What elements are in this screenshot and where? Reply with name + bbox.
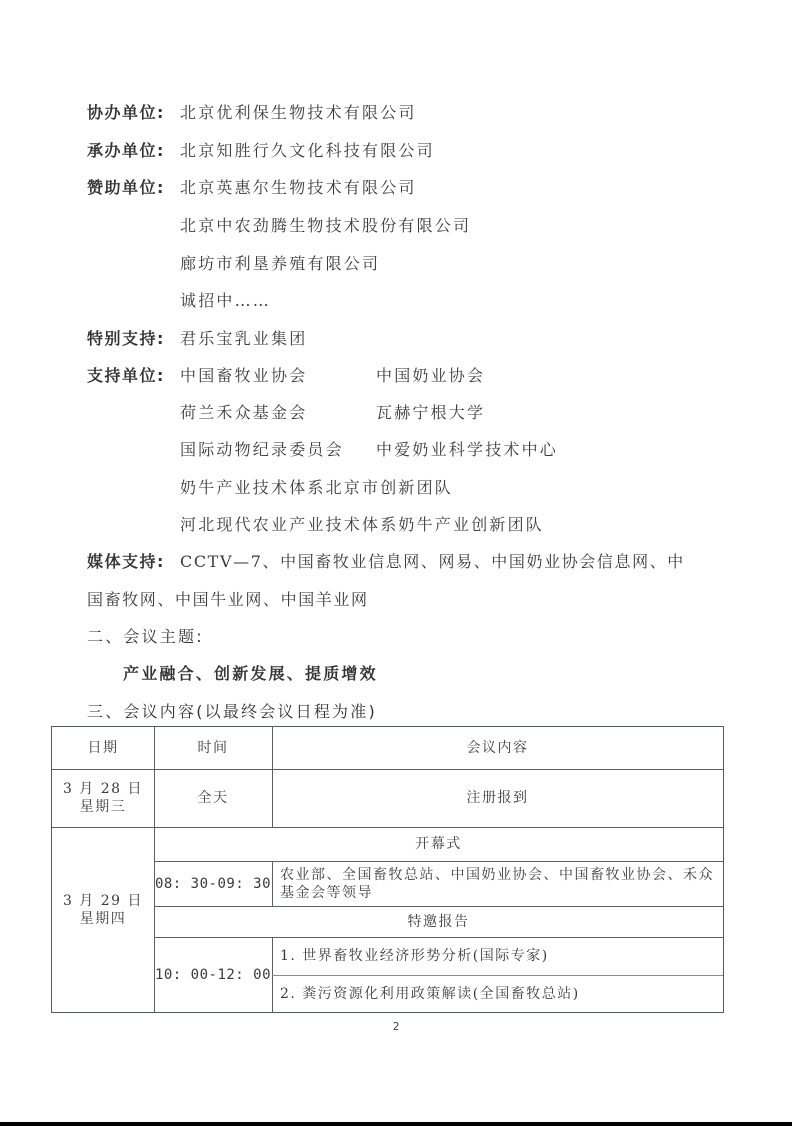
sponsor-item: 北京中农劲腾生物技术股份有限公司 [180,216,471,236]
conference-theme: 产业融合、创新发展、提质增效 [123,664,378,684]
opening-title: 开幕式 [154,827,723,861]
section-heading-content: 三、会议内容(以最终会议日程为准) [87,702,377,722]
keynote-item: 2. 粪污资源化利用政策解读(全国畜牧总站) [272,975,723,1012]
keynote-item: 1. 世界畜牧业经济形势分析(国际专家) [272,937,723,975]
special-support-label: 特别支持: [87,329,165,349]
page-number: 2 [0,1020,792,1033]
day1-content: 注册报到 [272,769,723,827]
sponsor-item: 廊坊市利垦养殖有限公司 [180,254,380,274]
supporter-item: 国际动物纪录委员会 [180,440,344,460]
day1-date-cell: 3 月 28 日 星期三 [52,769,154,827]
opening-content: 农业部、全国畜牧总站、中国奶业协会、中国畜牧业协会、禾众基金会等领导 [280,866,720,902]
sponsors-label: 赞助单位: [87,178,165,198]
opening-time: 08: 30-09: 30 [154,861,272,906]
supporter-item: 中爱奶业科学技术中心 [376,440,558,460]
keynote-title: 特邀报告 [154,906,723,937]
header-content: 会议内容 [272,727,723,769]
co-organizer-label: 协办单位: [87,103,165,123]
opening-content-cell: 农业部、全国畜牧总站、中国奶业协会、中国畜牧业协会、禾众基金会等领导 [272,861,723,906]
supporter-item: 奶牛产业技术体系北京市创新团队 [180,478,453,498]
special-support-value: 君乐宝乳业集团 [180,329,307,349]
media-support-label: 媒体支持: [87,552,165,572]
document-page: 协办单位: 北京优利保生物技术有限公司 承办单位: 北京知胜行久文化科技有限公司… [0,0,792,1122]
media-support-line2: 国畜牧网、中国牛业网、中国羊业网 [87,590,369,610]
scan-edge-bar [0,1122,792,1126]
media-support-line1: CCTV—7、中国畜牧业信息网、网易、中国奶业协会信息网、中 [180,552,685,572]
supporter-item: 荷兰禾众基金会 [180,403,307,423]
undertaker-label: 承办单位: [87,141,165,161]
undertaker-value: 北京知胜行久文化科技有限公司 [180,141,435,161]
header-date: 日期 [52,727,154,769]
supporter-item: 河北现代农业产业技术体系奶牛产业创新团队 [180,515,544,535]
supporter-item: 瓦赫宁根大学 [376,403,485,423]
co-organizer-value: 北京优利保生物技术有限公司 [180,103,417,123]
section-heading-theme: 二、会议主题: [87,627,204,647]
header-time: 时间 [154,727,272,769]
sponsor-item: 诚招中…… [180,291,271,311]
day2-weekday: 星期四 [80,910,127,928]
keynote-time: 10: 00-12: 00 [154,937,272,1012]
supporters-label: 支持单位: [87,366,165,386]
schedule-table: 日期 时间 会议内容 3 月 28 日 星期三 全天 注册报到 3 月 29 日… [51,726,724,1013]
supporter-item: 中国畜牧业协会 [180,366,307,386]
day2-date-cell: 3 月 29 日 星期四 [52,827,154,1012]
day1-time: 全天 [154,769,272,827]
supporter-item: 中国奶业协会 [376,366,485,386]
day2-date: 3 月 29 日 [63,892,143,910]
day1-date: 3 月 28 日 [63,780,143,798]
sponsor-item: 北京英惠尔生物技术有限公司 [180,178,417,198]
day1-weekday: 星期三 [80,798,127,816]
